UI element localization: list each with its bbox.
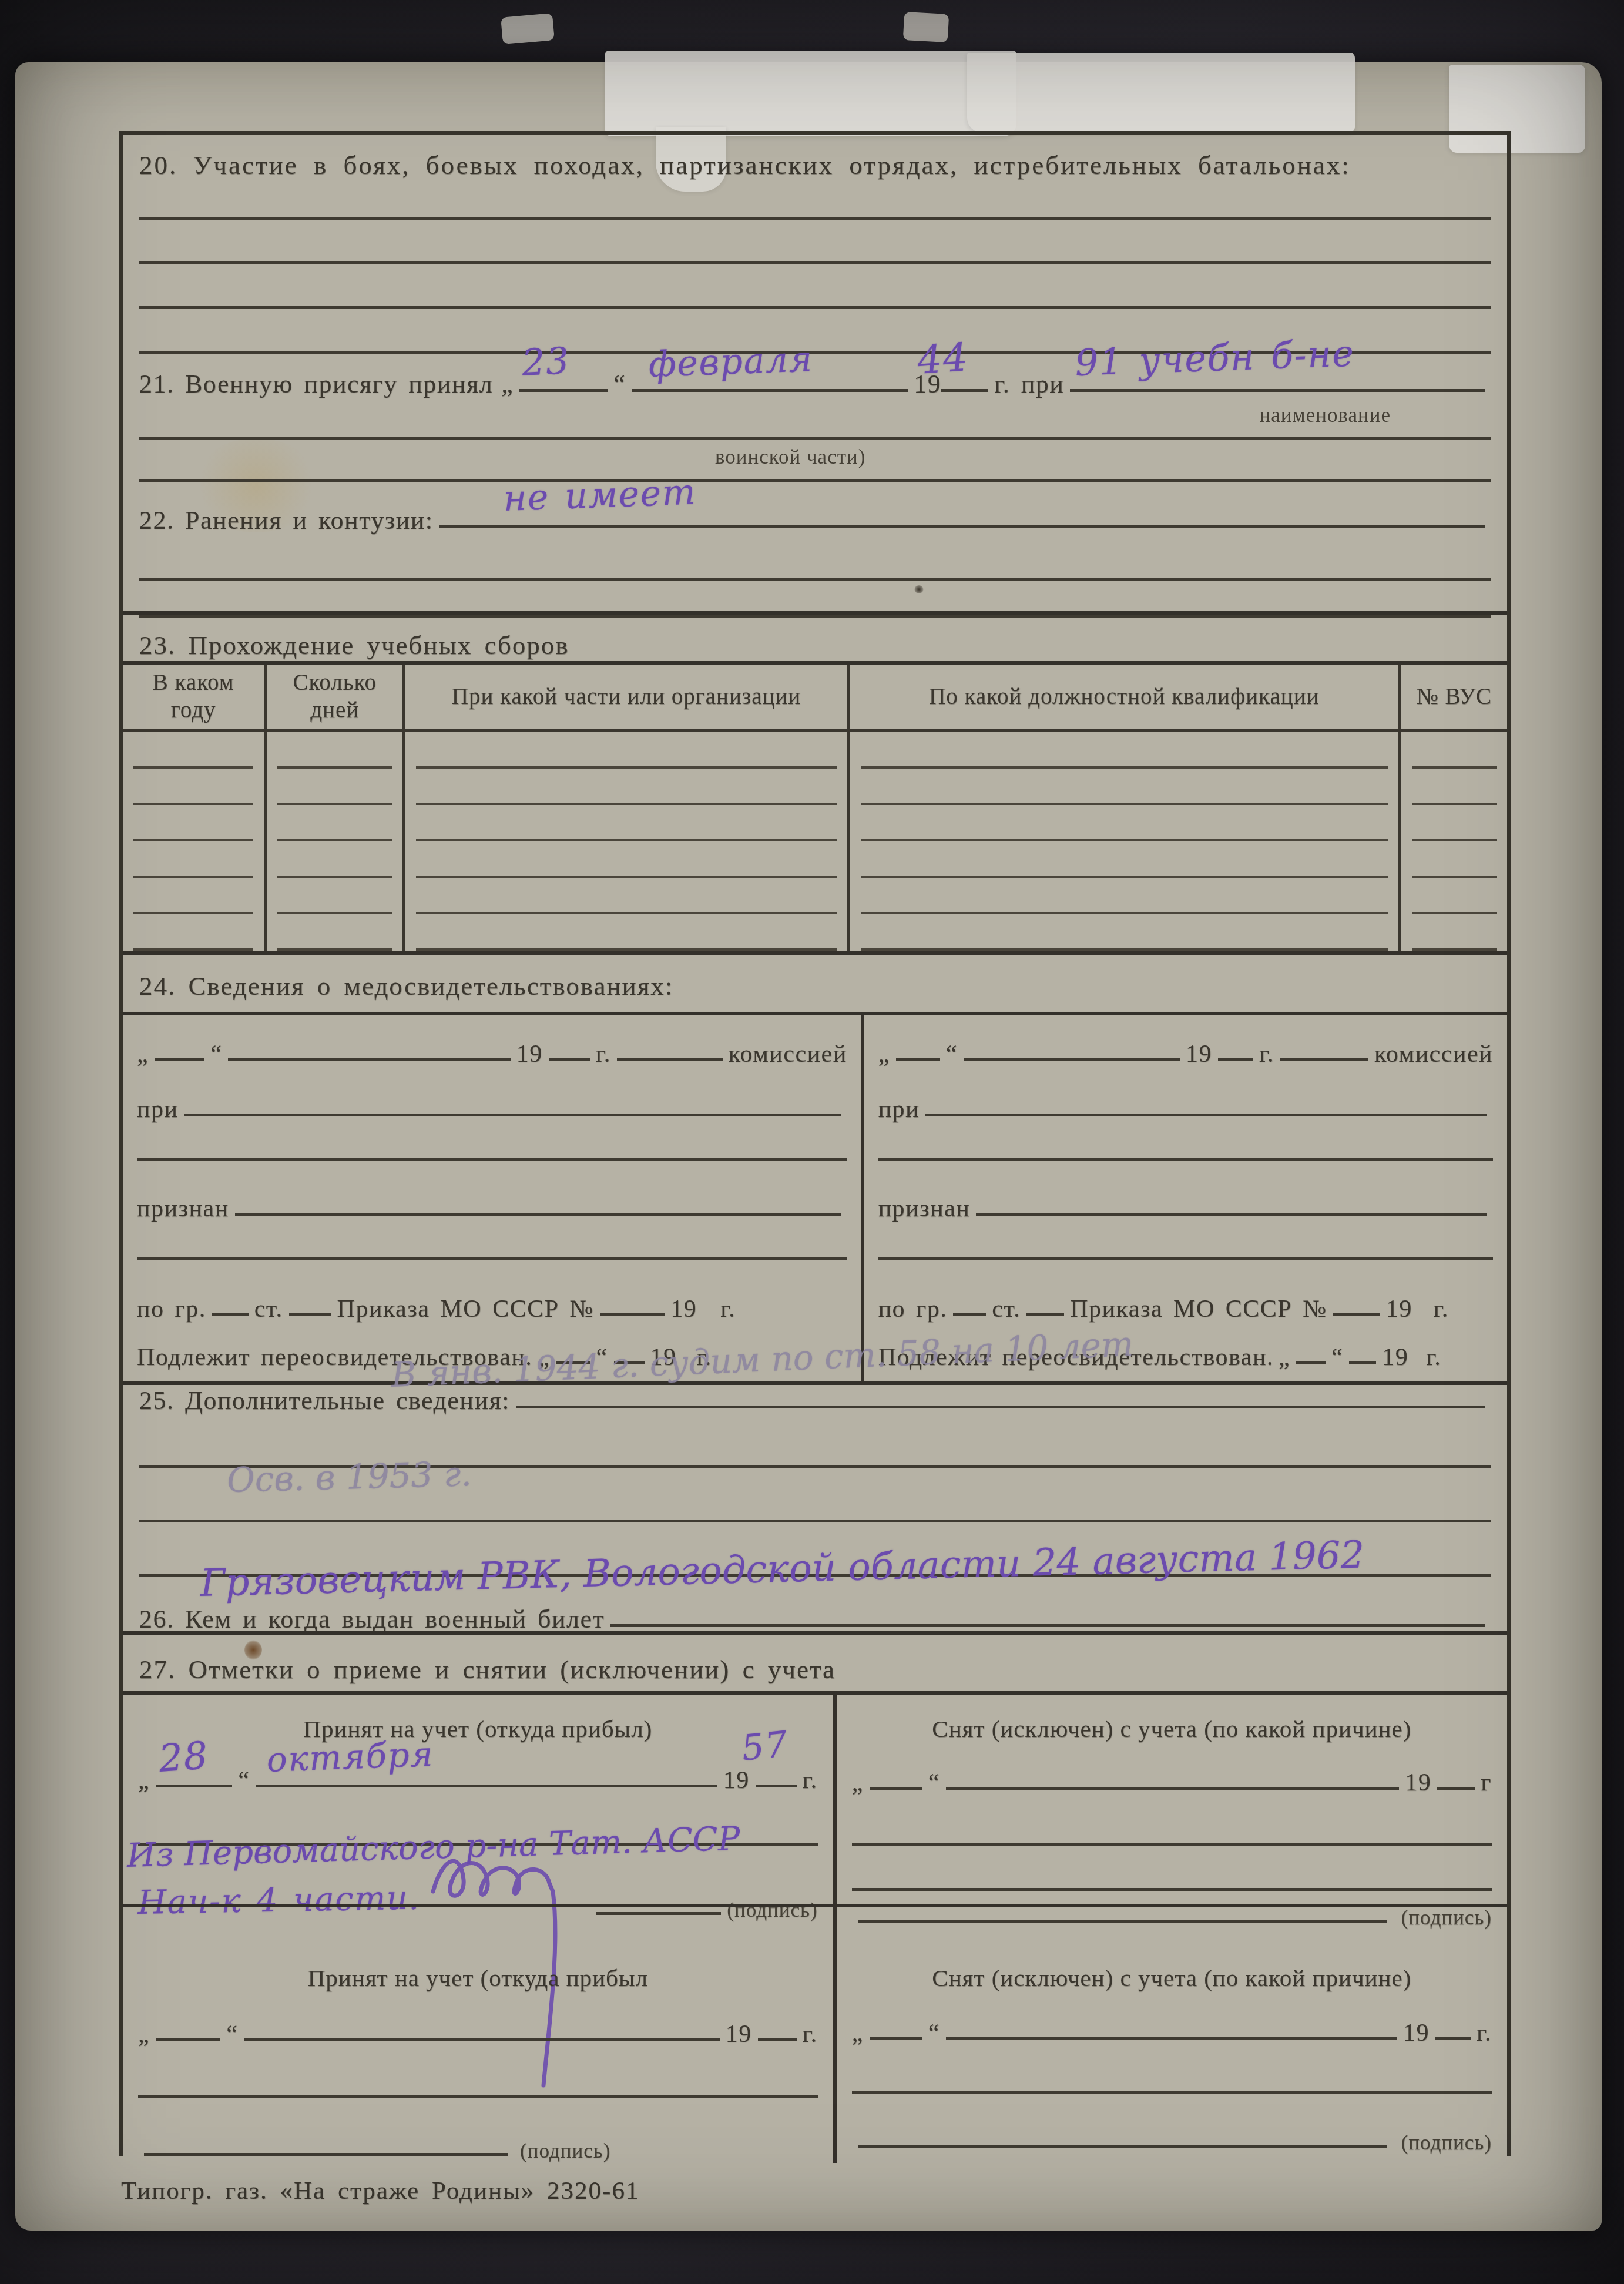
- quote-close: “: [928, 2019, 940, 2047]
- blank-field: [1437, 1784, 1475, 1790]
- ruled-line: [878, 1257, 1493, 1260]
- oath-label: 21. Военную присягу принял: [139, 369, 493, 399]
- quote-open: „: [1279, 1343, 1290, 1371]
- day-field: 23: [519, 386, 608, 392]
- medical-box: „ “ 19 г. комиссией при: [123, 1012, 1507, 1385]
- section-27: 27. Отметки о приеме и снятии (исключени…: [139, 1654, 1491, 1685]
- section-24-heading: 24. Сведения о медосвидетельствованиях:: [139, 971, 1491, 1001]
- ruled-line: [139, 306, 1491, 309]
- form-frame: 20. Участие в боях, боевых походах, парт…: [119, 131, 1511, 2156]
- group-label: по гр.: [878, 1295, 948, 1323]
- table-cell: [416, 769, 837, 805]
- ruled-line: [139, 217, 1491, 220]
- commission-label: комиссией: [1374, 1040, 1493, 1068]
- table-cell: [133, 769, 253, 805]
- year-suffix: г.: [1426, 1343, 1441, 1371]
- day-field: 28: [156, 1782, 232, 1787]
- year-prefix: 19: [516, 1040, 543, 1068]
- quote-open: „: [137, 1040, 149, 1068]
- year-prefix: 19: [723, 1766, 750, 1795]
- blank-field: [184, 1111, 841, 1116]
- year-suffix: г.: [1434, 1295, 1449, 1323]
- at-label: при: [878, 1095, 920, 1123]
- print-shop-imprint: Типогр. газ. «На страже Родины» 2320-61: [121, 2176, 639, 2205]
- table-cell: [1412, 914, 1497, 951]
- quote-open: „: [878, 1040, 890, 1068]
- blank-field: [610, 1621, 1485, 1627]
- year-field: 44: [941, 386, 988, 392]
- blank-field: [1435, 2034, 1471, 2040]
- oath-suffix: г. при: [994, 369, 1064, 399]
- removed-cell-2: Снят (исключен) с учета (по какой причин…: [833, 1904, 1507, 2163]
- table-cell: [861, 732, 1388, 769]
- table-cell: [1412, 732, 1497, 769]
- ruled-line: [139, 479, 1491, 482]
- blank-field: [155, 1055, 204, 1061]
- blank-field: [946, 2034, 1397, 2040]
- at-label: при: [137, 1095, 178, 1123]
- order-label: Приказа МО СССР №: [1070, 1295, 1327, 1323]
- ruled-line: [852, 2091, 1492, 2094]
- year-prefix: 19: [1386, 1295, 1412, 1323]
- blank-field: [964, 1055, 1180, 1061]
- cell-header: Снят (исключен) с учета (по какой причин…: [852, 1715, 1492, 1743]
- year-suffix: г.: [720, 1295, 736, 1323]
- tape-strip: [967, 53, 1355, 133]
- section-24: 24. Сведения о медосвидетельствованиях:: [139, 971, 1491, 1001]
- date-line: „ “ 19 г: [852, 1769, 1492, 1797]
- column-header: № ВУС: [1401, 665, 1507, 732]
- blank-field: [235, 1210, 841, 1216]
- section-divider: [123, 611, 1507, 615]
- blank-field: [244, 2035, 719, 2041]
- table-cell: [1412, 805, 1497, 841]
- blank-field: [946, 1784, 1399, 1790]
- commission-label: комиссией: [729, 1040, 847, 1068]
- tape-strip: [605, 51, 1016, 136]
- table-cell: [861, 841, 1388, 878]
- signature-line: (подпись): [138, 2139, 818, 2163]
- unit-field: 91 учебн б-не: [1070, 386, 1485, 392]
- handwritten-note-2: Осв. в 1953 г.: [226, 1454, 472, 1500]
- caption-unit: воинской части): [715, 445, 1491, 469]
- ruled-line: [137, 1158, 847, 1161]
- cell-header: Принят на учет (откуда прибыл: [138, 1964, 818, 1992]
- table-cell: [416, 732, 837, 769]
- accepted-cell-1: Принят на учет (откуда прибыл) „ 28 “ ок…: [123, 1695, 833, 1904]
- group-label: по гр.: [137, 1295, 206, 1323]
- table-cell: [133, 841, 253, 878]
- table-cell: [416, 841, 837, 878]
- blank-field: [1218, 1055, 1253, 1061]
- quote-open: „: [138, 1766, 150, 1795]
- section-23: 23. Прохождение учебных сборов: [139, 630, 1491, 660]
- wounds-label: 22. Ранения и контузии:: [139, 505, 434, 535]
- section-23-heading: 23. Прохождение учебных сборов: [139, 630, 1491, 660]
- section-22: 22. Ранения и контузии: не имеет: [139, 505, 1491, 618]
- year-prefix: 19: [1382, 1343, 1408, 1371]
- blank-field: [156, 2035, 220, 2041]
- quote-open: „: [501, 369, 514, 399]
- section-21: 21. Военную присягу принял „ 23 “ феврал…: [139, 369, 1491, 482]
- recognized-line: признан: [878, 1195, 1493, 1223]
- table-cell: [277, 878, 392, 914]
- table-cell: [133, 805, 253, 841]
- blank-field: [549, 1055, 590, 1061]
- month-field: февраля: [632, 386, 908, 392]
- section-20: 20. Участие в боях, боевых походах, парт…: [139, 150, 1491, 354]
- blank-field: [1333, 1310, 1380, 1316]
- quote-open: „: [852, 1769, 864, 1797]
- table-column-qualification: По какой должностной квалификации: [847, 665, 1398, 951]
- issued-label: 26. Кем и когда выдан военный билет: [139, 1604, 605, 1634]
- table-cell: [861, 769, 1388, 805]
- wounds-field: не имеет: [439, 522, 1485, 528]
- column-header: По какой должностной квалификации: [850, 665, 1398, 732]
- order-line: по гр. ст. Приказа МО СССР № 19 г.: [137, 1295, 847, 1323]
- year-prefix: 19: [1186, 1040, 1212, 1068]
- table-cell: [416, 878, 837, 914]
- blank-field: [976, 1210, 1487, 1216]
- ruled-line: [139, 261, 1491, 264]
- table-column-year: В каком году: [123, 665, 264, 951]
- cell-header: Принят на учет (откуда прибыл): [138, 1715, 818, 1743]
- handwritten-month: февраля: [648, 338, 814, 385]
- document-page: 20. Участие в боях, боевых походах, парт…: [15, 62, 1602, 2231]
- table-cell: [1412, 878, 1497, 914]
- month-field: октября: [256, 1782, 717, 1787]
- section-26: Грязовецким РВК, Вологодской области 24 …: [139, 1574, 1491, 1634]
- handwritten-wounds: не имеет: [502, 472, 697, 519]
- handwritten-day: 23: [521, 339, 571, 384]
- ruled-line: [137, 1257, 847, 1260]
- accepted-cell-2: Принят на учет (откуда прибыл „ “ 19 г. …: [123, 1904, 833, 2163]
- table-column-vus: № ВУС: [1398, 665, 1507, 951]
- handwritten-year: 57: [739, 1723, 790, 1769]
- order-label: Приказа МО СССР №: [337, 1295, 595, 1323]
- ruled-line: [852, 1843, 1492, 1846]
- date-line: „ “ 19 г.: [852, 2019, 1492, 2047]
- table-cell: [416, 914, 837, 951]
- quote-close: “: [946, 1040, 958, 1068]
- blank-field: [1280, 1055, 1368, 1061]
- blank-field: [212, 1310, 249, 1316]
- ruled-line: [878, 1158, 1493, 1161]
- medical-column-right: „ “ 19 г. комиссией при: [864, 1015, 1507, 1381]
- blank-field: [600, 1310, 665, 1316]
- quote-close: “: [238, 1766, 250, 1795]
- table-cell: [133, 878, 253, 914]
- quote-close: “: [226, 2020, 238, 2048]
- date-line: „ 28 “ октября 19 57 г.: [138, 1766, 818, 1795]
- cell-header: Снят (исключен) с учета (по какой причин…: [852, 1964, 1492, 1992]
- handwritten-year: 44: [916, 334, 970, 383]
- column-header: Сколько дней: [267, 665, 402, 732]
- table-cell: [861, 878, 1388, 914]
- table-cell: [416, 805, 837, 841]
- additional-line: 25. Дополнительные сведения:: [139, 1386, 1491, 1416]
- article-label: ст.: [992, 1295, 1021, 1323]
- blank-field: [1296, 1359, 1326, 1364]
- ruled-line: [139, 1520, 1491, 1522]
- blank-field: [896, 1055, 940, 1061]
- blank-field: [1026, 1310, 1064, 1316]
- registration-table: Принят на учет (откуда прибыл) „ 28 “ ок…: [123, 1691, 1507, 2156]
- quote-open: „: [852, 2019, 864, 2047]
- year-prefix: 19: [726, 2020, 752, 2048]
- medical-column-left: „ “ 19 г. комиссией при: [123, 1015, 864, 1381]
- quote-close: “: [928, 1769, 940, 1797]
- signature-caption: (подпись): [1401, 2131, 1492, 2155]
- column-header: В каком году: [123, 665, 264, 732]
- table-cell: [277, 914, 392, 951]
- year-prefix: 19: [670, 1295, 697, 1323]
- table-cell: [133, 914, 253, 951]
- signature-line: (подпись): [852, 2131, 1492, 2155]
- caption-name: наименование: [139, 404, 1391, 427]
- ruled-line: [139, 578, 1491, 581]
- ruled-line: [852, 1888, 1492, 1891]
- year-prefix: 19: [1405, 1769, 1431, 1797]
- blank-field: [228, 1055, 510, 1061]
- blank-field: [289, 1310, 331, 1316]
- photo-background: 20. Участие в боях, боевых походах, парт…: [0, 0, 1624, 2284]
- table-cell: [133, 732, 253, 769]
- handwritten-day: 28: [157, 1734, 210, 1781]
- table-cell: [861, 805, 1388, 841]
- blank-field: [516, 1403, 1485, 1408]
- paper-scrap: [903, 12, 949, 42]
- note-line-2: Осв. в 1953 г.: [139, 1465, 1491, 1468]
- year-field: 57: [756, 1782, 797, 1787]
- table-cell: [277, 805, 392, 841]
- blank-field: [617, 1055, 723, 1061]
- table-cell: [1412, 769, 1497, 805]
- wounds-line: 22. Ранения и контузии: не имеет: [139, 505, 1491, 535]
- table-cell: [277, 732, 392, 769]
- blank-field: [925, 1111, 1487, 1116]
- ruled-line: [138, 2095, 818, 2098]
- issued-line: 26. Кем и когда выдан военный билет: [139, 1604, 1491, 1634]
- table-cell: [277, 769, 392, 805]
- handwritten-unit: 91 учебн б-не: [1075, 331, 1355, 384]
- quote-close: “: [210, 1040, 222, 1068]
- commission-line: „ “ 19 г. комиссией: [137, 1040, 847, 1068]
- handwritten-month: октября: [266, 1734, 435, 1780]
- quote-close: “: [613, 369, 626, 399]
- date-line: „ “ 19 г.: [138, 2020, 818, 2048]
- training-table: В каком году Сколько дней При какой част…: [123, 661, 1507, 955]
- section-20-heading: 20. Участие в боях, боевых походах, парт…: [139, 150, 1491, 180]
- removed-cell-1: Снят (исключен) с учета (по какой причин…: [833, 1695, 1507, 1904]
- year-suffix: г.: [1477, 2019, 1492, 2047]
- table-cell: [277, 841, 392, 878]
- quote-close: “: [1331, 1343, 1343, 1371]
- oath-line: 21. Военную присягу принял „ 23 “ феврал…: [139, 369, 1491, 399]
- year-suffix: г.: [803, 2020, 818, 2048]
- table-column-unit: При какой части или организации: [402, 665, 847, 951]
- blank-field: [1349, 1359, 1376, 1364]
- blank-field: [758, 2035, 797, 2041]
- recognized-line: признан: [137, 1195, 847, 1223]
- paper-scrap: [501, 13, 555, 44]
- recognized-label: признан: [137, 1195, 229, 1223]
- order-line: по гр. ст. Приказа МО СССР № 19 г.: [878, 1295, 1493, 1323]
- blank-field: [870, 1784, 922, 1790]
- quote-open: „: [138, 2020, 150, 2048]
- signature-caption: (подпись): [520, 2139, 610, 2163]
- year-suffix: г.: [596, 1040, 611, 1068]
- commission-line: „ “ 19 г. комиссией: [878, 1040, 1493, 1068]
- at-line: при: [878, 1095, 1493, 1123]
- column-header: При какой части или организации: [405, 665, 847, 732]
- year-suffix: г: [1481, 1769, 1492, 1797]
- blank-field: [858, 2142, 1387, 2148]
- section-27-heading: 27. Отметки о приеме и снятии (исключени…: [139, 1654, 1491, 1685]
- blank-field: [953, 1310, 986, 1316]
- year-suffix: г.: [1259, 1040, 1274, 1068]
- recognized-label: признан: [878, 1195, 971, 1223]
- ruled-line: [139, 437, 1491, 440]
- year-prefix: 19: [1403, 2019, 1430, 2047]
- table-cell: [861, 914, 1388, 951]
- table-column-days: Сколько дней: [264, 665, 402, 951]
- year-suffix: г.: [803, 1766, 818, 1795]
- blank-field: [870, 2034, 922, 2040]
- article-label: ст.: [254, 1295, 283, 1323]
- table-cell: [1412, 841, 1497, 878]
- section-divider: [123, 1631, 1507, 1635]
- blank-field: [144, 2150, 508, 2156]
- at-line: при: [137, 1095, 847, 1123]
